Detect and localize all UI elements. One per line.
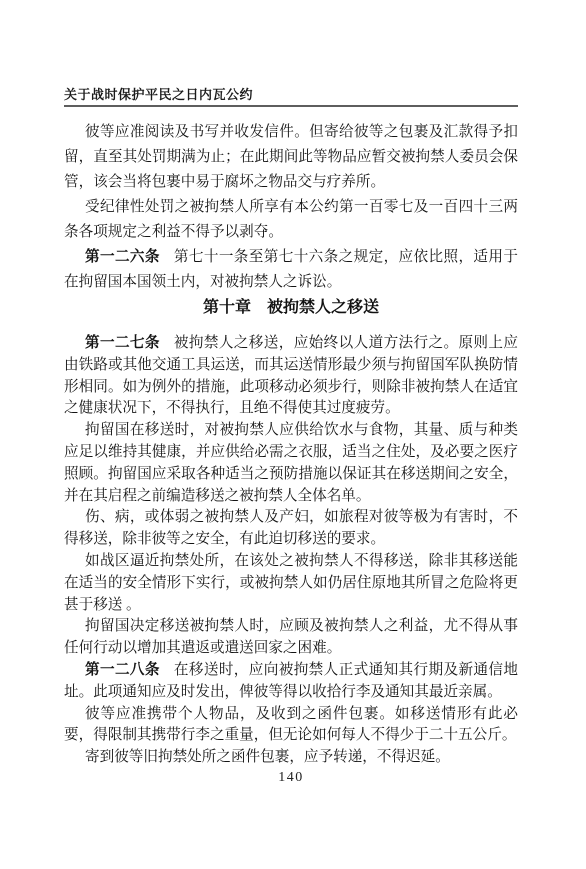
article-number: 第一二八条: [85, 662, 160, 678]
paragraph-text: 如战区逼近拘禁处所，在该处之被拘禁人不得移送，除非其移送能在适当的安全情形下实行…: [64, 553, 518, 613]
body-paragraph: 如战区逼近拘禁处所，在该处之被拘禁人不得移送，除非其移送能在适当的安全情形下实行…: [64, 551, 518, 616]
paragraph-text: 伤、病，或体弱之被拘禁人及产妇，如旅程对彼等极为有害时，不得移送，除非彼等之安全…: [64, 509, 518, 547]
paragraph-text: 寄到彼等旧拘禁处所之函件包裹，应予转递，不得迟延。: [85, 749, 450, 765]
body-paragraph: 伤、病，或体弱之被拘禁人及产妇，如旅程对彼等极为有害时，不得移送，除非彼等之安全…: [64, 507, 518, 551]
header-rule: [64, 105, 518, 107]
section-before-chapter: 彼等应准阅读及书写并收发信件。但寄给彼等之包裹及汇款得予扣留，直至其处罚期满为止…: [64, 120, 518, 295]
page-number: 140: [64, 770, 518, 786]
article-number: 第一二七条: [85, 335, 160, 351]
page-body: 彼等应准阅读及书写并收发信件。但寄给彼等之包裹及汇款得予扣留，直至其处罚期满为止…: [64, 120, 518, 769]
paragraph-text: 拘留国在移送时，对被拘禁人应供给饮水与食物，其量、质与种类应足以维持其健康，并应…: [64, 422, 518, 503]
chapter-heading: 第十章 被拘禁人之移送: [64, 298, 518, 318]
article-number: 第一二六条: [85, 249, 160, 265]
body-paragraph: 受纪律性处罚之被拘禁人所享有本公约第一百零七及一百四十三两条各项规定之利益不得予…: [64, 195, 518, 245]
running-header-title: 关于战时保护平民之日内瓦公约: [64, 84, 518, 103]
paragraph-text: 受纪律性处罚之被拘禁人所享有本公约第一百零七及一百四十三两条各项规定之利益不得予…: [64, 199, 518, 240]
section-after-chapter: 第一二七条被拘禁人之移送，应始终以人道方法行之。原则上应由铁路或其他交通工具运送…: [64, 333, 518, 769]
body-paragraph: 第一二八条在移送时，应向被拘禁人正式通知其行期及新通信地址。此项通知应及时发出，…: [64, 660, 518, 704]
body-paragraph: 第一二六条第七十一条至第七十六条之规定，应依比照，适用于在拘留国本国领土内，对被…: [64, 245, 518, 295]
body-paragraph: 寄到彼等旧拘禁处所之函件包裹，应予转递，不得迟延。: [64, 747, 518, 769]
body-paragraph: 彼等应准携带个人物品，及收到之函件包裹。如移送情形有此必要，得限制其携带行李之重…: [64, 704, 518, 748]
body-paragraph: 彼等应准阅读及书写并收发信件。但寄给彼等之包裹及汇款得予扣留，直至其处罚期满为止…: [64, 120, 518, 195]
paragraph-text: 拘留国决定移送被拘禁人时，应顾及被拘禁人之利益，尤不得从事任何行动以增加其遣返或…: [64, 618, 518, 656]
document-page: 关于战时保护平民之日内瓦公约 彼等应准阅读及书写并收发信件。但寄给彼等之包裹及汇…: [0, 0, 586, 869]
body-paragraph: 拘留国决定移送被拘禁人时，应顾及被拘禁人之利益，尤不得从事任何行动以增加其遣返或…: [64, 616, 518, 660]
body-paragraph: 第一二七条被拘禁人之移送，应始终以人道方法行之。原则上应由铁路或其他交通工具运送…: [64, 333, 518, 420]
paragraph-text: 彼等应准阅读及书写并收发信件。但寄给彼等之包裹及汇款得予扣留，直至其处罚期满为止…: [64, 124, 518, 190]
paragraph-text: 彼等应准携带个人物品，及收到之函件包裹。如移送情形有此必要，得限制其携带行李之重…: [64, 706, 518, 744]
body-paragraph: 拘留国在移送时，对被拘禁人应供给饮水与食物，其量、质与种类应足以维持其健康，并应…: [64, 420, 518, 507]
